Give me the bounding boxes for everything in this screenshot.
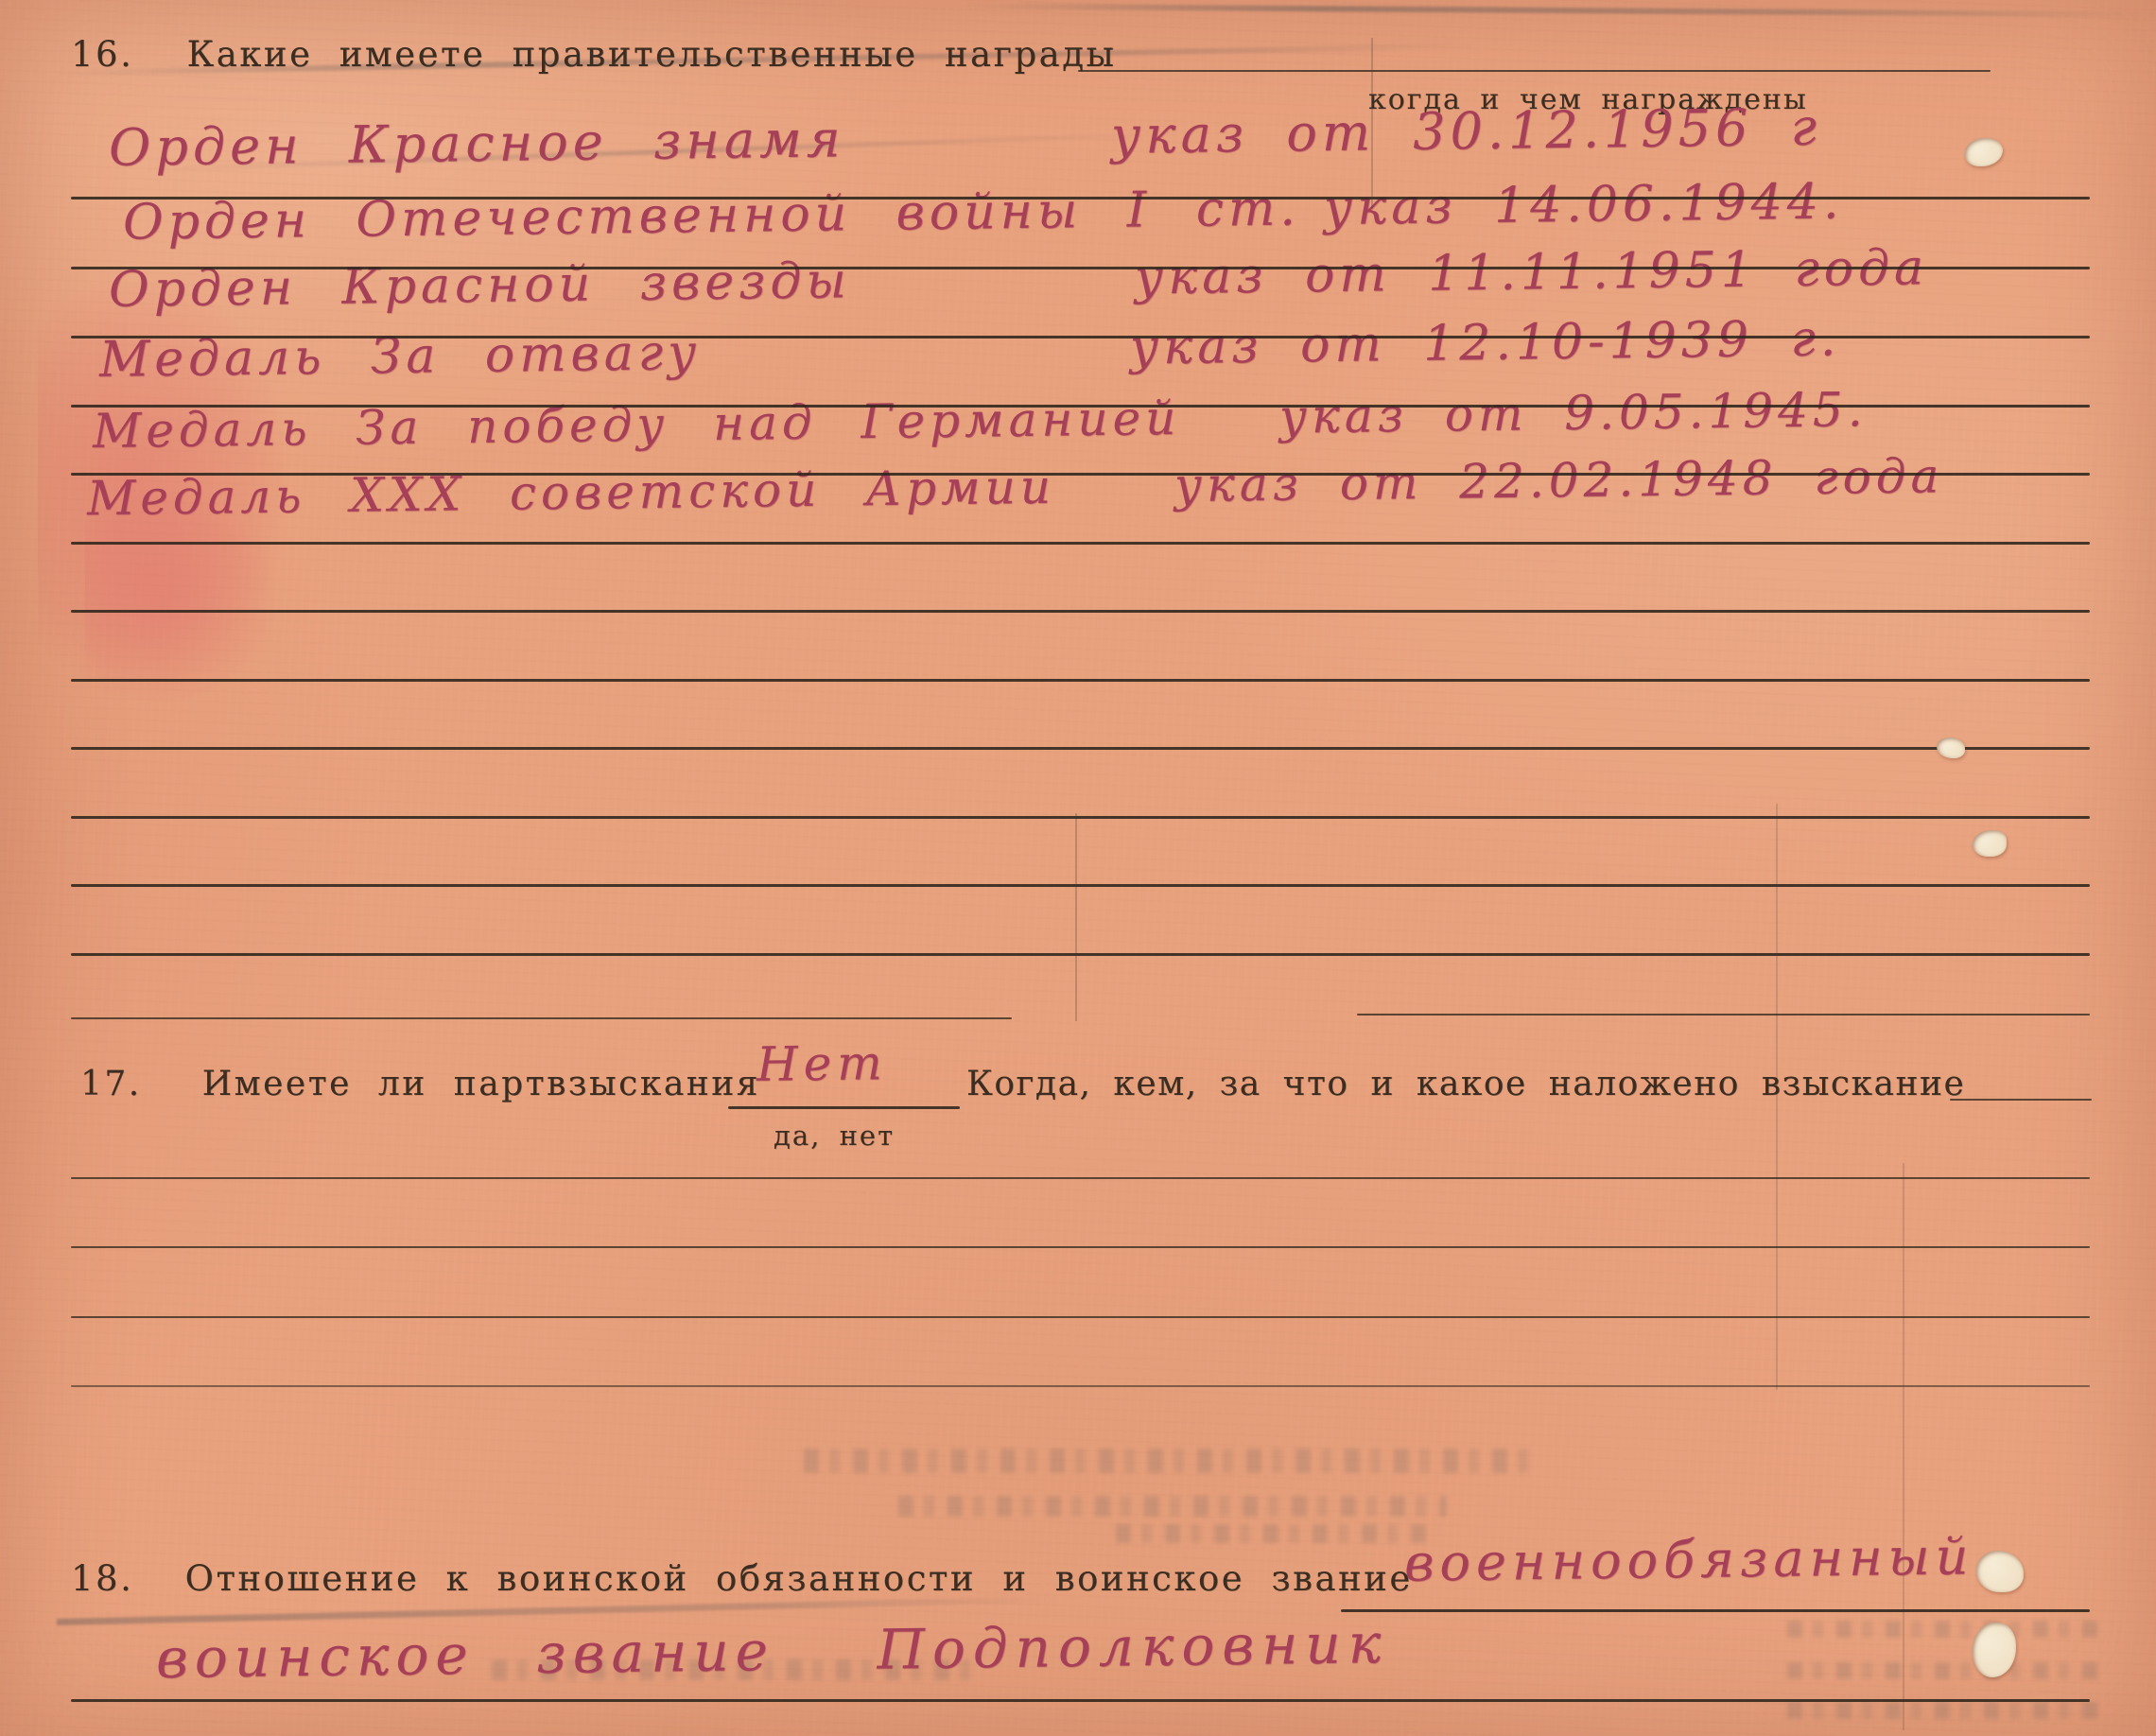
section18-answer: военнообязанный xyxy=(1404,1526,1974,1592)
answer-blank-line xyxy=(1950,1099,2092,1101)
section17-number: 17. xyxy=(80,1065,142,1103)
ruled-line xyxy=(71,679,2090,682)
bleedthrough-text xyxy=(1787,1702,2099,1719)
award-decree: указ от 30.12.1956 г xyxy=(1111,97,1822,165)
award-name: Орден Отечественной войны I ст. xyxy=(123,180,1300,251)
section17-question-row: 17. Имеете ли партвзыскания xyxy=(80,1065,760,1103)
section17-answer-hint: да, нет xyxy=(774,1120,895,1152)
award-name: Орден Красной звезды xyxy=(109,252,851,319)
ruled-line xyxy=(71,405,2090,408)
paper-hole xyxy=(1965,138,2003,166)
ruled-line xyxy=(71,816,2090,819)
military-rank-row: воинское звание Подполковник xyxy=(156,1611,1389,1691)
section18-question-row: 18. Отношение к воинской обязанности и в… xyxy=(71,1558,1413,1599)
ruled-line xyxy=(71,884,2090,887)
award-name: Орден Красное знамя xyxy=(109,109,845,178)
ruled-line xyxy=(71,953,2090,956)
award-decree: указ от 22.02.1948 года xyxy=(1174,448,1944,512)
section18-number: 18. xyxy=(71,1558,133,1599)
bleedthrough-text xyxy=(1787,1662,2099,1679)
ruled-line xyxy=(71,1316,2090,1318)
paper-hole xyxy=(1937,738,1965,758)
award-decree: указ от 9.05.1945. xyxy=(1279,382,1868,444)
pencil-stroke xyxy=(965,4,2156,18)
ruled-line xyxy=(71,267,2090,269)
bleedthrough-text xyxy=(898,1496,1447,1517)
paper-hole xyxy=(1973,830,2007,857)
award-decree: указ от 12.10-1939 г. xyxy=(1130,310,1841,375)
award-row: Орден Отечественной войны I ст. указ 14.… xyxy=(123,180,1300,251)
ruled-line xyxy=(71,336,2090,339)
award-decree: указ 14.06.1944. xyxy=(1324,173,1844,236)
ruled-line xyxy=(71,747,2090,750)
answer-blank-line xyxy=(1078,70,1991,72)
award-row: Медаль XXX советской Армии указ от 22.02… xyxy=(87,460,1056,527)
award-row: Орден Красное знамя указ от 30.12.1956 г xyxy=(109,109,845,178)
ruled-line xyxy=(71,473,2090,476)
ruled-line xyxy=(1357,1014,2090,1016)
award-row: Орден Красной звезды указ от 11.11.1951 … xyxy=(109,252,851,319)
paper-crease xyxy=(1075,813,1077,1021)
paper-hole xyxy=(1973,1623,2016,1677)
bleedthrough-text xyxy=(804,1449,1532,1473)
award-row: Медаль За отвагу указ от 12.10-1939 г. xyxy=(99,324,702,389)
section16-question: Какие имеете правительственные награды xyxy=(187,34,1117,75)
ruled-line xyxy=(71,1246,2090,1248)
section17-question: Имеете ли партвзыскания xyxy=(202,1065,760,1103)
section17-answer: Нет xyxy=(756,1035,888,1092)
award-name: Медаль За победу над Германией xyxy=(93,391,1181,459)
answer-blank-line xyxy=(1341,1609,2090,1612)
ruled-line xyxy=(71,1177,2090,1179)
section17-question2: Когда, кем, за что и какое наложено взыс… xyxy=(966,1065,1965,1103)
bleedthrough-text xyxy=(1787,1621,2099,1638)
rank-label: воинское звание xyxy=(156,1619,775,1691)
award-name: Медаль XXX советской Армии xyxy=(87,460,1056,527)
ruled-line xyxy=(71,197,2090,200)
award-row: Медаль За победу над Германией указ от 9… xyxy=(93,391,1181,459)
award-decree: указ от 11.11.1951 года xyxy=(1135,239,1929,305)
section18-question: Отношение к воинской обязанности и воинс… xyxy=(185,1558,1413,1599)
section16-question-row: 16. Какие имеете правительственные награ… xyxy=(71,34,1116,75)
questionnaire-scan-page: 16. Какие имеете правительственные награ… xyxy=(0,0,2156,1736)
paper-crease xyxy=(1903,1163,1904,1730)
ruled-line xyxy=(71,1385,2090,1387)
answer-blank-line xyxy=(728,1106,960,1109)
paper-hole xyxy=(1976,1551,2024,1592)
ruled-line xyxy=(71,1699,2090,1702)
ruled-line xyxy=(71,610,2090,613)
ruled-line xyxy=(71,542,2090,545)
bleedthrough-text xyxy=(1116,1524,1437,1543)
award-name: Медаль За отвагу xyxy=(99,324,702,389)
ruled-line xyxy=(71,1017,1012,1019)
section16-number: 16. xyxy=(71,34,133,75)
rank-value: Подполковник xyxy=(877,1611,1389,1682)
